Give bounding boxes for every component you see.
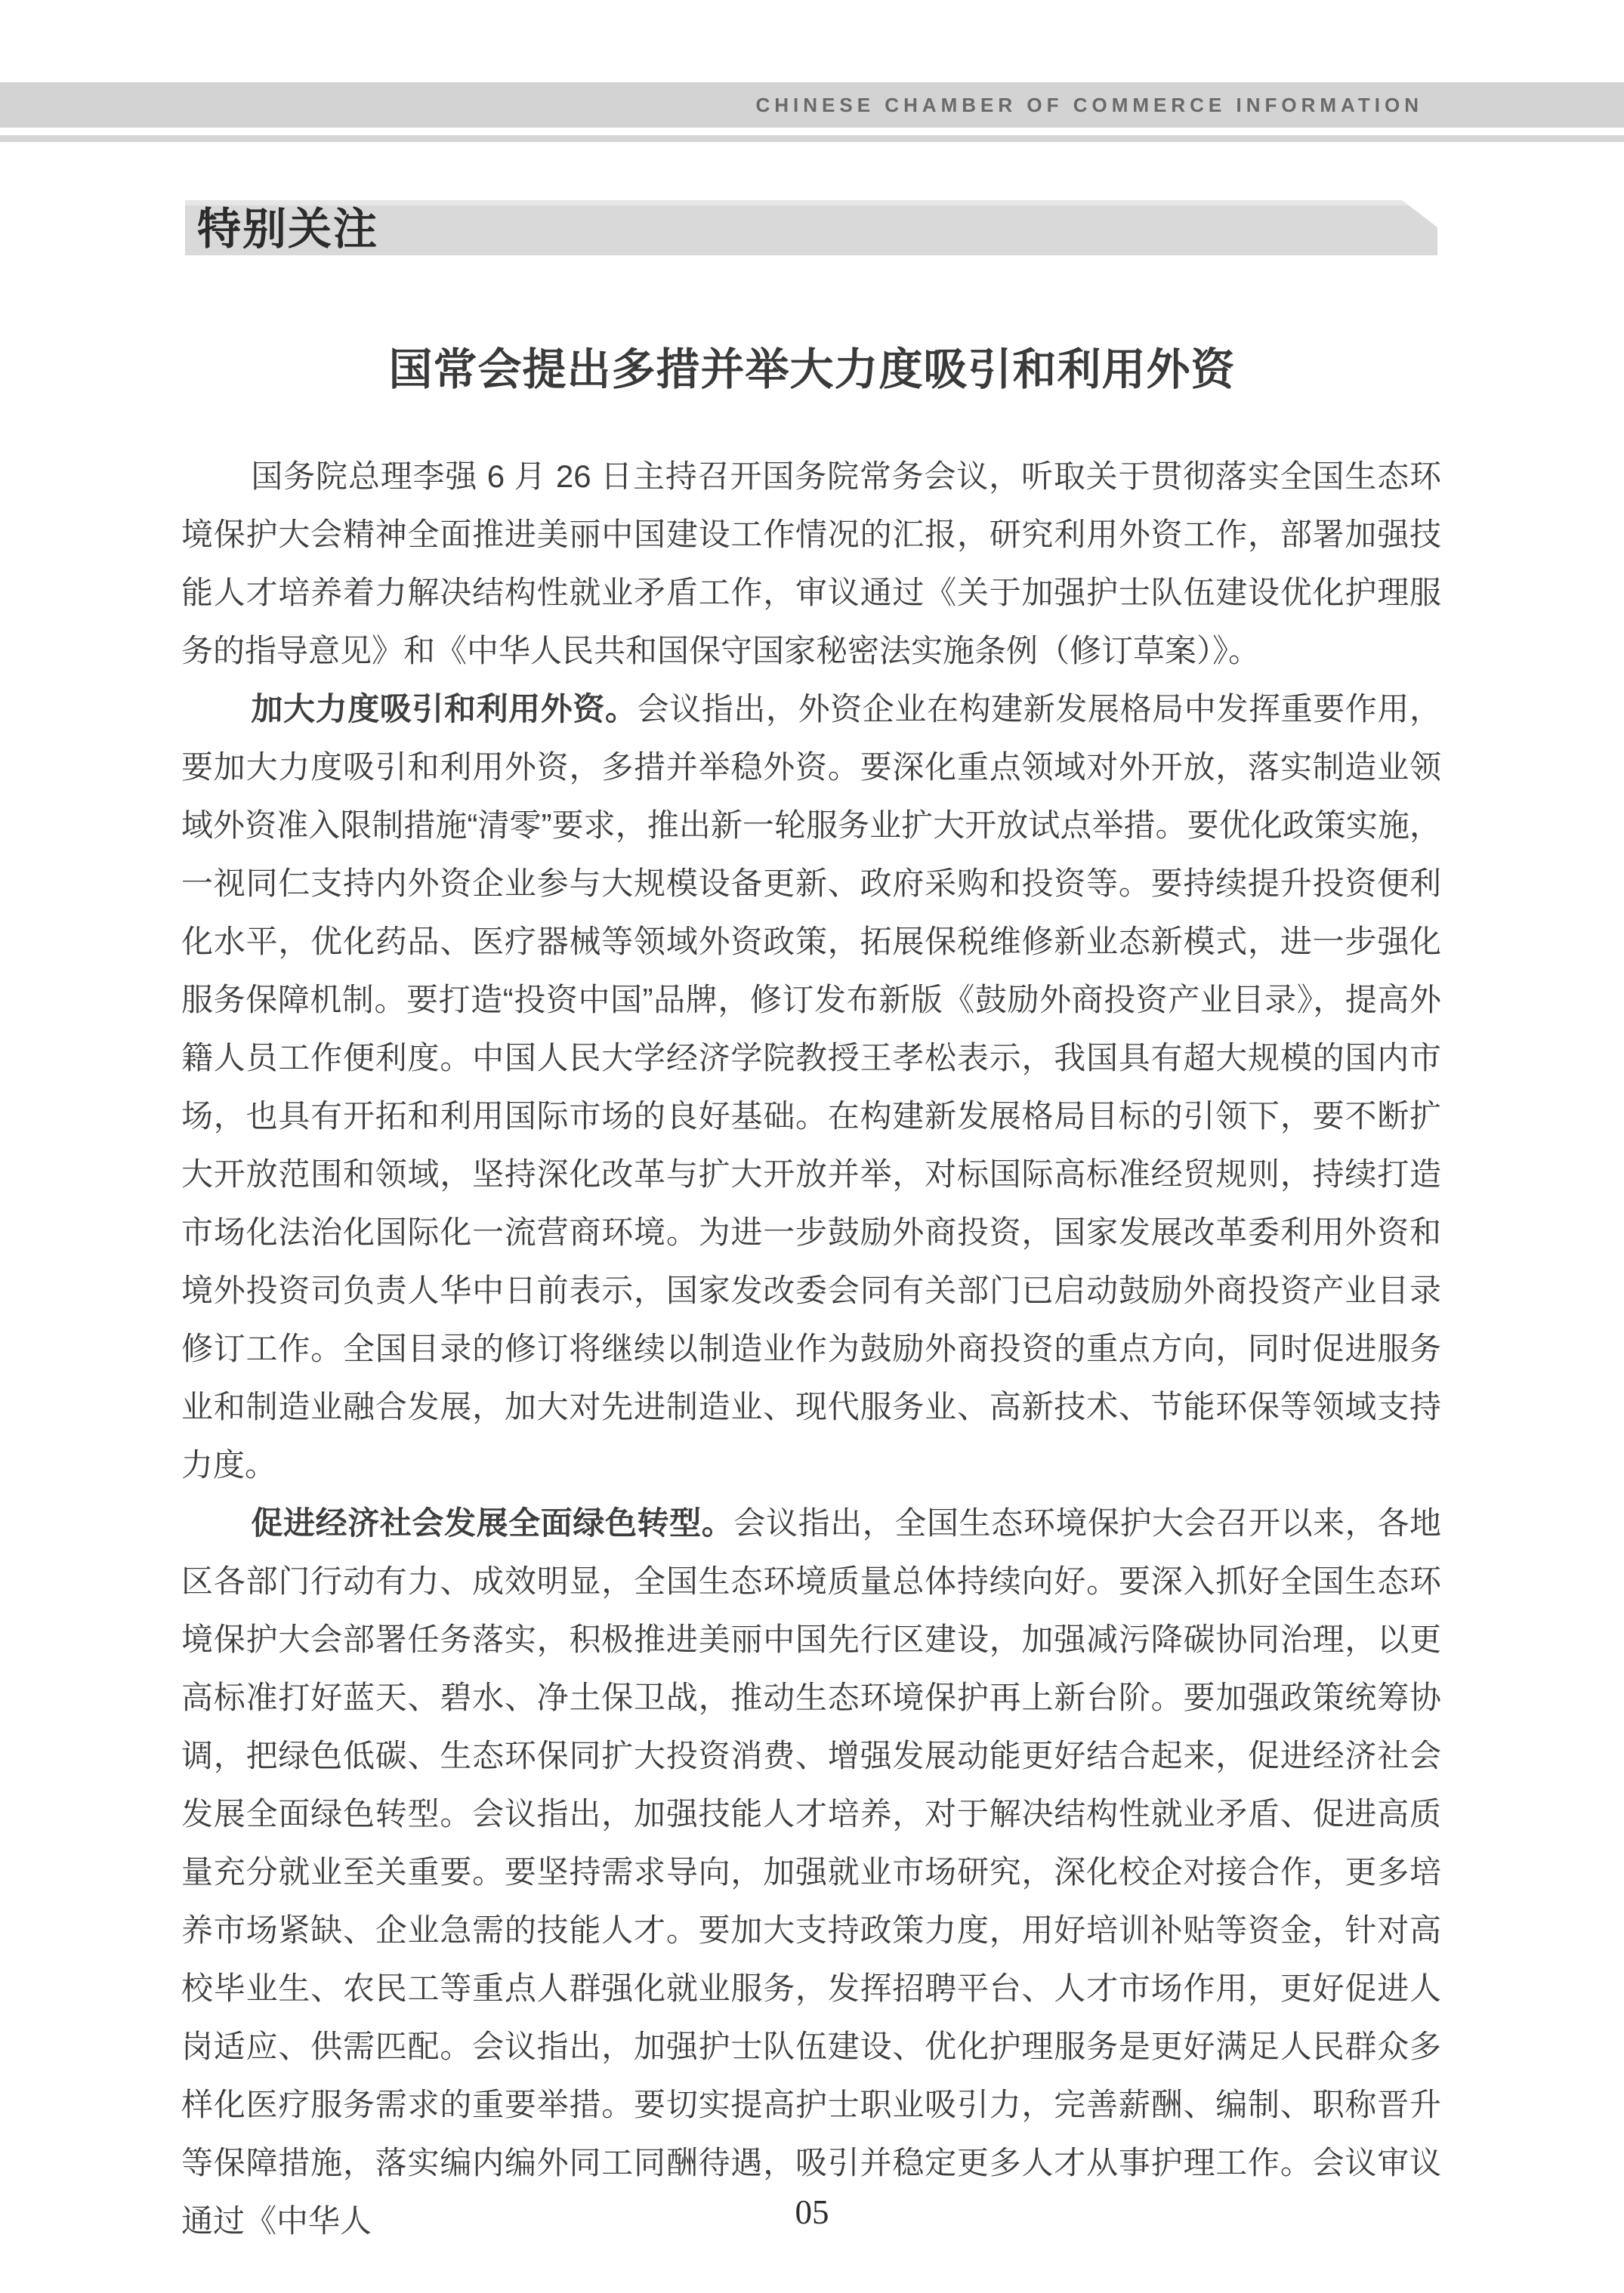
document-page: CHINESE CHAMBER OF COMMERCE INFORMATION … (0, 0, 1624, 2293)
header-divider (0, 135, 1624, 142)
paragraph-text: 会议指出，全国生态环境保护大会召开以来，各地区各部门行动有力、成效明显，全国生态… (181, 1505, 1441, 2239)
paragraph-text: 国务院总理李强 6 月 26 日主持召开国务院常务会议，听取关于贯彻落实全国生态… (181, 458, 1441, 668)
paragraph: 加大力度吸引和利用外资。会议指出，外资企业在构建新发展格局中发挥重要作用，要加大… (181, 680, 1441, 1494)
paragraph-text: 会议指出，外资企业在构建新发展格局中发挥重要作用，要加大力度吸引和利用外资，多措… (181, 691, 1441, 1483)
header-english-title: CHINESE CHAMBER OF COMMERCE INFORMATION (755, 94, 1423, 117)
section-label: 特别关注 (185, 205, 378, 252)
paragraph-lead: 加大力度吸引和利用外资。 (251, 691, 637, 727)
paragraph: 促进经济社会发展全面绿色转型。会议指出，全国生态环境保护大会召开以来，各地区各部… (181, 1494, 1441, 2250)
paragraph: 国务院总理李强 6 月 26 日主持召开国务院常务会议，听取关于贯彻落实全国生态… (181, 447, 1441, 680)
article-title: 国常会提出多措并举大力度吸引和利用外资 (0, 345, 1624, 395)
section-banner: 特别关注 (185, 200, 1437, 255)
header-band: CHINESE CHAMBER OF COMMERCE INFORMATION (0, 82, 1624, 128)
article-body: 国务院总理李强 6 月 26 日主持召开国务院常务会议，听取关于贯彻落实全国生态… (181, 447, 1441, 2250)
page-number: 05 (0, 2194, 1624, 2230)
paragraph-lead: 促进经济社会发展全面绿色转型。 (251, 1505, 733, 1541)
